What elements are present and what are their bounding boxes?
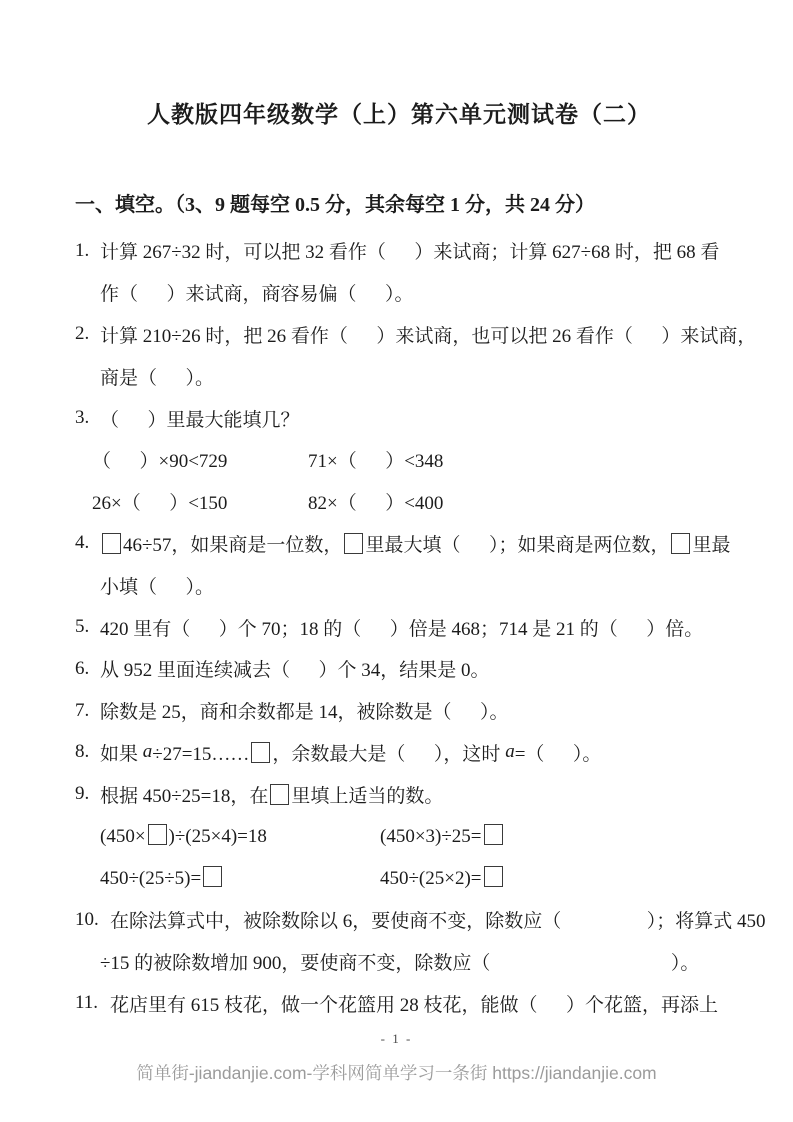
test-paper-page: 人教版四年级数学（上）第六单元测试卷（二） 一、填空。（3、9 题每空 0.5 … bbox=[0, 0, 793, 1122]
question-number: 9. bbox=[75, 783, 100, 805]
question-text: 计算 210÷26 时，把 26 看作（ ）来试商，也可以把 26 看作（ ）来… bbox=[100, 321, 756, 348]
question-text: ÷27=15……，余数最大是（ ），这时 bbox=[152, 739, 505, 766]
formula-right: 71×（ ）<348 bbox=[308, 446, 443, 473]
variable-a: a bbox=[143, 741, 153, 763]
formula-right: 82×（ ）<400 bbox=[308, 488, 443, 515]
question-3: 3. （ ）里最大能填几？ （ ）×90<729 71×（ ）<348 26×（… bbox=[75, 397, 723, 522]
question-line: (450×)÷(25×4)=18 (450×3)÷25= bbox=[100, 815, 723, 857]
question-text: 420 里有（ ）个 70；18 的（ ）倍是 468；714 是 21 的（ … bbox=[100, 614, 703, 641]
question-line: 8. 如果 a÷27=15……，余数最大是（ ），这时 a=（ ）。 bbox=[75, 732, 723, 774]
footer-site-text: 简单街-jiandanjie.com-学科网简单学习一条街 https://ji… bbox=[0, 1060, 793, 1085]
question-line: 1. 计算 267÷32 时，可以把 32 看作（ ）来试商；计算 627÷68… bbox=[75, 230, 723, 272]
variable-a: a bbox=[505, 741, 515, 763]
question-line: 4. 46÷57，如果商是一位数，里最大填（ ）；如果商是两位数，里最 bbox=[75, 523, 723, 565]
question-text: 花店里有 615 枝花，做一个花篮用 28 枝花，能做（ ）个花篮，再添上 bbox=[110, 990, 718, 1017]
question-number: 8. bbox=[75, 741, 100, 763]
question-line: 26×（ ）<150 82×（ ）<400 bbox=[92, 481, 723, 523]
blank-box bbox=[203, 866, 222, 887]
question-line: （ ）×90<729 71×（ ）<348 bbox=[92, 439, 723, 481]
question-text: 计算 267÷32 时，可以把 32 看作（ ）来试商；计算 627÷68 时，… bbox=[100, 237, 719, 264]
question-text: ÷15 的被除数增加 900，要使商不变，除数应（ ）。 bbox=[100, 948, 699, 975]
question-text: 小填（ ）。 bbox=[100, 572, 214, 599]
question-line: 5. 420 里有（ ）个 70；18 的（ ）倍是 468；714 是 21 … bbox=[75, 606, 723, 648]
question-text: 商是（ ）。 bbox=[100, 363, 214, 390]
question-number: 4. bbox=[75, 532, 100, 554]
blank-box bbox=[484, 866, 503, 887]
question-number: 3. bbox=[75, 407, 100, 429]
question-7: 7. 除数是 25，商和余数都是 14，被除数是（ ）。 bbox=[75, 690, 723, 732]
formula-left: （ ）×90<729 bbox=[92, 446, 308, 473]
question-text: 根据 450÷25=18，在里填上适当的数。 bbox=[100, 781, 443, 808]
question-2: 2. 计算 210÷26 时，把 26 看作（ ）来试商，也可以把 26 看作（… bbox=[75, 314, 723, 398]
question-line: 3. （ ）里最大能填几？ bbox=[75, 397, 723, 439]
formula-left: 450÷(25÷5)= bbox=[100, 866, 380, 890]
question-4: 4. 46÷57，如果商是一位数，里最大填（ ）；如果商是两位数，里最 小填（ … bbox=[75, 523, 723, 607]
question-number: 2. bbox=[75, 323, 100, 345]
question-number: 1. bbox=[75, 240, 100, 262]
question-5: 5. 420 里有（ ）个 70；18 的（ ）倍是 468；714 是 21 … bbox=[75, 606, 723, 648]
question-line: ÷15 的被除数增加 900，要使商不变，除数应（ ）。 bbox=[75, 941, 723, 983]
question-text: （ ）里最大能填几？ bbox=[100, 405, 300, 432]
blank-box bbox=[148, 824, 167, 845]
question-9: 9. 根据 450÷25=18，在里填上适当的数。 (450×)÷(25×4)=… bbox=[75, 773, 723, 898]
question-10: 10. 在除法算式中，被除数除以 6，要使商不变，除数应（ ）；将算式 450 … bbox=[75, 899, 723, 983]
blank-box bbox=[251, 742, 270, 763]
formula-left: (450×)÷(25×4)=18 bbox=[100, 824, 380, 848]
question-1: 1. 计算 267÷32 时，可以把 32 看作（ ）来试商；计算 627÷68… bbox=[75, 230, 723, 314]
question-6: 6. 从 952 里面连续减去（ ）个 34，结果是 0。 bbox=[75, 648, 723, 690]
question-text: =（ ）。 bbox=[515, 739, 602, 766]
question-line: 2. 计算 210÷26 时，把 26 看作（ ）来试商，也可以把 26 看作（… bbox=[75, 314, 723, 356]
question-text: 46÷57，如果商是一位数，里最大填（ ）；如果商是两位数，里最 bbox=[100, 530, 730, 557]
question-number: 11. bbox=[75, 992, 110, 1014]
page-title: 人教版四年级数学（上）第六单元测试卷（二） bbox=[75, 96, 723, 136]
question-line: 商是（ ）。 bbox=[75, 355, 723, 397]
blank-box bbox=[671, 533, 690, 554]
question-line: 9. 根据 450÷25=18，在里填上适当的数。 bbox=[75, 773, 723, 815]
question-text: 作（ ）来试商，商容易偏（ ）。 bbox=[100, 279, 414, 306]
fill-in-blank-section: 1. 计算 267÷32 时，可以把 32 看作（ ）来试商；计算 627÷68… bbox=[75, 230, 723, 1024]
blank-box bbox=[270, 784, 289, 805]
question-line: 10. 在除法算式中，被除数除以 6，要使商不变，除数应（ ）；将算式 450 bbox=[75, 899, 723, 941]
footer-page-number: - 1 - bbox=[0, 1031, 793, 1047]
section-heading: 一、填空。（3、9 题每空 0.5 分，其余每空 1 分，共 24 分） bbox=[75, 188, 723, 218]
question-line: 作（ ）来试商，商容易偏（ ）。 bbox=[75, 272, 723, 314]
question-line: 小填（ ）。 bbox=[75, 564, 723, 606]
blank-box bbox=[484, 824, 503, 845]
question-text: 如果 bbox=[100, 739, 143, 766]
question-number: 7. bbox=[75, 700, 100, 722]
question-number: 10. bbox=[75, 909, 110, 931]
blank-box bbox=[344, 533, 363, 554]
formula-right: 450÷(25×2)= bbox=[380, 866, 505, 890]
question-text: 除数是 25，商和余数都是 14，被除数是（ ）。 bbox=[100, 697, 509, 724]
question-line: 6. 从 952 里面连续减去（ ）个 34，结果是 0。 bbox=[75, 648, 723, 690]
question-line: 450÷(25÷5)= 450÷(25×2)= bbox=[100, 857, 723, 899]
question-8: 8. 如果 a÷27=15……，余数最大是（ ），这时 a=（ ）。 bbox=[75, 732, 723, 774]
question-text: 在除法算式中，被除数除以 6，要使商不变，除数应（ ）；将算式 450 bbox=[110, 906, 766, 933]
formula-right: (450×3)÷25= bbox=[380, 824, 505, 848]
formula-left: 26×（ ）<150 bbox=[92, 488, 308, 515]
question-number: 5. bbox=[75, 616, 100, 638]
question-number: 6. bbox=[75, 658, 100, 680]
question-11: 11. 花店里有 615 枝花，做一个花篮用 28 枝花，能做（ ）个花篮，再添… bbox=[75, 982, 723, 1024]
question-line: 11. 花店里有 615 枝花，做一个花篮用 28 枝花，能做（ ）个花篮，再添… bbox=[75, 982, 723, 1024]
blank-box bbox=[102, 533, 121, 554]
question-line: 7. 除数是 25，商和余数都是 14，被除数是（ ）。 bbox=[75, 690, 723, 732]
question-text: 从 952 里面连续减去（ ）个 34，结果是 0。 bbox=[100, 655, 490, 682]
